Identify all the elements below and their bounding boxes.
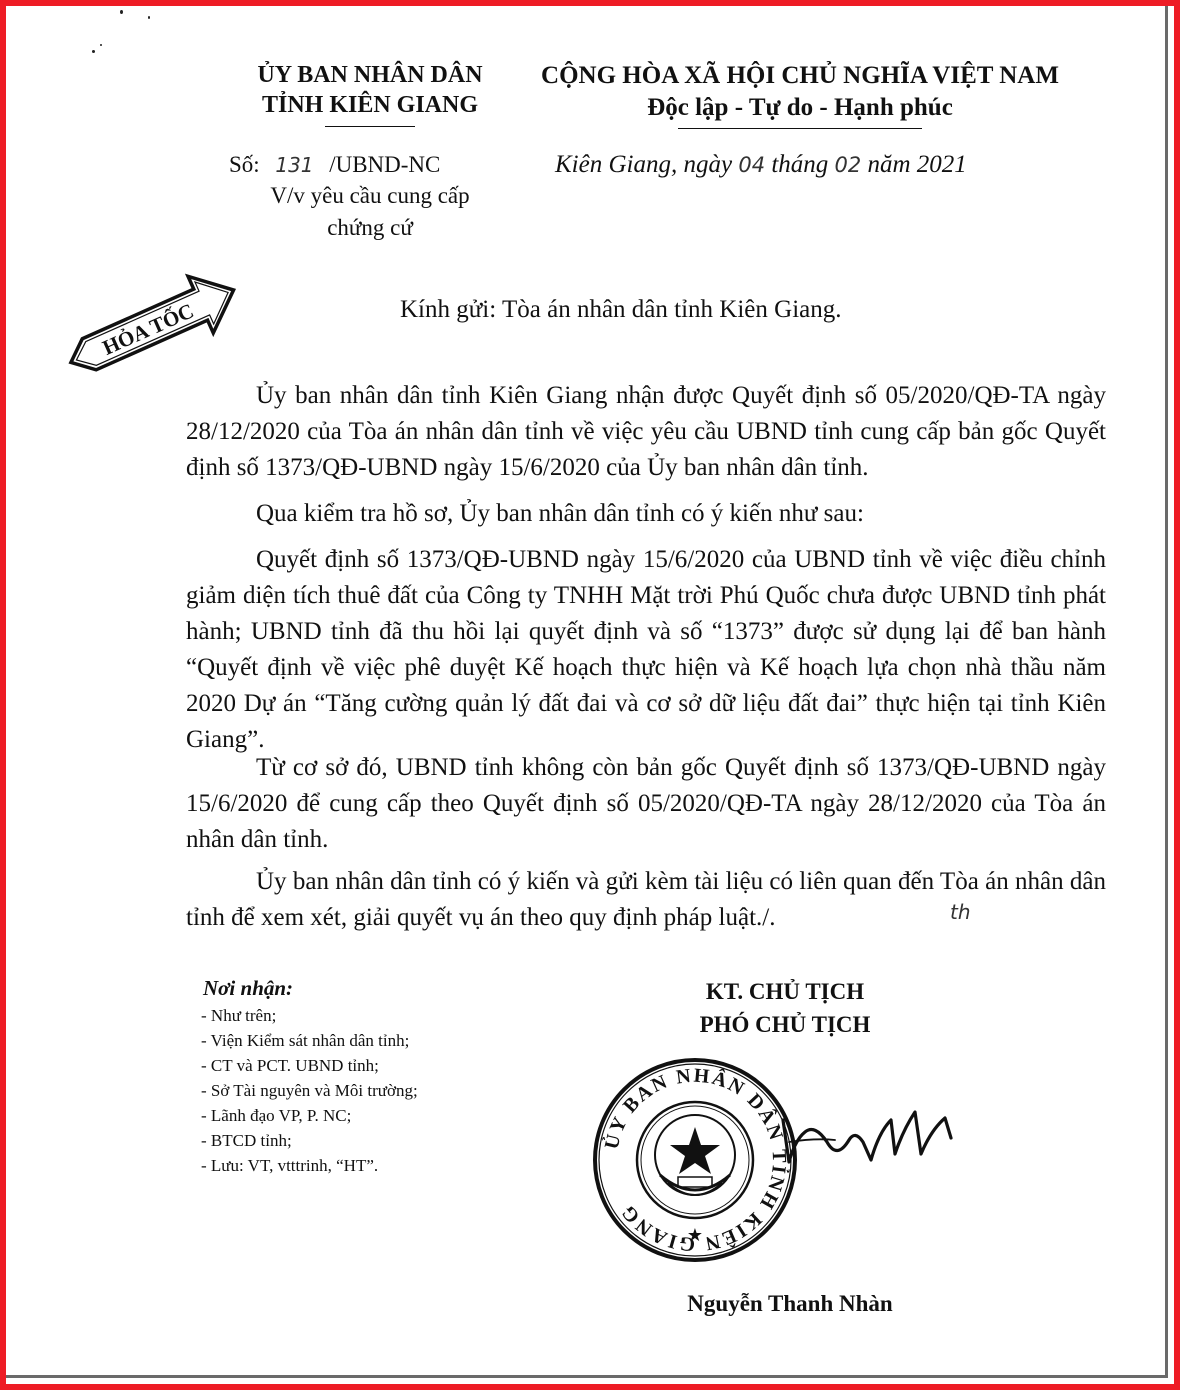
svg-text:★: ★ [687, 1225, 703, 1245]
national-motto: Độc lập - Tự do - Hạnh phúc [520, 92, 1080, 124]
signatory-title-line-1: KT. CHỦ TỊCH [640, 975, 930, 1008]
date-year: năm 2021 [868, 151, 967, 178]
list-item: - Như trên; [201, 1003, 418, 1028]
list-item: - CT và PCT. UBND tỉnh; [201, 1053, 418, 1078]
subject-line-2: chứng cứ [220, 212, 520, 244]
agency-underline [325, 126, 415, 127]
body-paragraph-2: Qua kiểm tra hồ sơ, Ủy ban nhân dân tỉnh… [186, 496, 1106, 532]
official-letter: ỦY BAN NHÂN DÂN TỈNH KIÊN GIANG Số: 131 … [0, 0, 1180, 1390]
motto-underline [678, 128, 922, 129]
urgent-stamp: HỎA TỐC [55, 270, 255, 385]
list-item: - Sở Tài nguyên và Môi trường; [201, 1078, 418, 1103]
scan-speck [148, 16, 150, 19]
doc-number-handwritten: 131 [265, 150, 323, 180]
date-place: Kiên Giang, ngày [555, 151, 732, 178]
list-item: - Viện Kiểm sát nhân dân tỉnh; [201, 1028, 418, 1053]
signatory-title-line-2: PHÓ CHỦ TỊCH [640, 1008, 930, 1041]
handwritten-signature [775, 1090, 995, 1185]
document-number: Số: 131 /UBND-NC [229, 150, 440, 180]
scan-speck [100, 44, 102, 46]
list-item: - Lưu: VT, vtttrinh, “HT”. [201, 1153, 418, 1178]
date-line: Kiên Giang, ngày 04 tháng 02 năm 2021 [555, 148, 967, 182]
issuing-agency: ỦY BAN NHÂN DÂN TỈNH KIÊN GIANG [205, 60, 535, 127]
date-day: 04 [738, 153, 765, 177]
handwritten-initials: th [950, 900, 971, 924]
urgent-arrow-icon: HỎA TỐC [55, 270, 255, 380]
recipients-list: - Như trên; - Viện Kiểm sát nhân dân tỉn… [201, 1003, 418, 1178]
list-item: - Lãnh đạo VP, P. NC; [201, 1103, 418, 1128]
list-item: - BTCD tỉnh; [201, 1128, 418, 1153]
body-paragraph-3: Quyết định số 1373/QĐ-UBND ngày 15/6/202… [186, 542, 1106, 758]
subject-line-1: V/v yêu cầu cung cấp [220, 180, 520, 212]
national-title: CỘNG HÒA XÃ HỘI CHỦ NGHĨA VIỆT NAM [520, 60, 1080, 92]
official-seal: ỦY BAN NHÂN DÂN TỈNH KIÊN GIANG ★ [590, 1055, 800, 1270]
document-subject: V/v yêu cầu cung cấp chứng cứ [220, 180, 520, 244]
agency-line-2: TỈNH KIÊN GIANG [205, 90, 535, 120]
body-paragraph-4: Từ cơ sở đó, UBND tỉnh không còn bản gốc… [186, 750, 1106, 858]
scan-speck [120, 10, 123, 14]
scan-speck [92, 50, 95, 53]
seal-emblem-icon: ỦY BAN NHÂN DÂN TỈNH KIÊN GIANG ★ [590, 1055, 800, 1265]
agency-line-1: ỦY BAN NHÂN DÂN [205, 60, 535, 90]
signature-scribble-icon [775, 1090, 995, 1180]
signatory-title: KT. CHỦ TỊCH PHÓ CHỦ TỊCH [640, 975, 930, 1041]
recipients-list-title: Nơi nhận: [203, 976, 293, 1001]
doc-number-prefix: Số: [229, 152, 260, 177]
body-paragraph-1: Ủy ban nhân dân tỉnh Kiên Giang nhận đượ… [186, 378, 1106, 486]
doc-number-suffix: /UBND-NC [329, 152, 440, 177]
date-month-label: tháng [771, 151, 828, 178]
date-month: 02 [835, 153, 862, 177]
signer-name: Nguyễn Thanh Nhàn [640, 1291, 940, 1317]
recipient-line: Kính gửi: Tòa án nhân dân tỉnh Kiên Gian… [400, 294, 841, 326]
